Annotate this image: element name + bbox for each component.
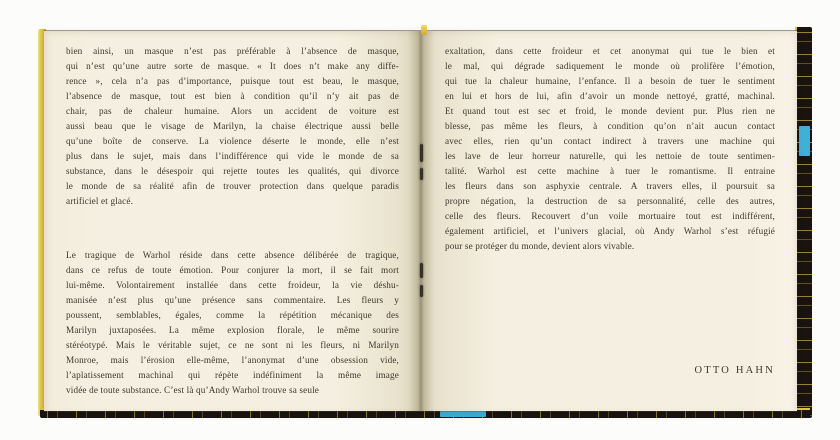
text-line: pour se protéger du monde, devient alors… [445,239,775,254]
text-line: le mal, qui dégrade sadiquement le monde… [445,59,775,74]
text-line: exaltation, dans cette froideur et cet a… [445,44,775,59]
text-line: chair, pas de chaleur humaine. Alors un … [66,104,399,119]
text-line: les fleurs dans son asphyxie centrale. A… [445,179,775,194]
headband [421,25,427,35]
text-line: blesse, pas même les fleurs, à condition… [445,119,775,134]
text-line: propre négation, la destruction de sa pe… [445,194,775,209]
paragraph: bien ainsi, un masque n’est pas préférab… [66,44,399,209]
text-line: artificiel et glacé. [66,194,399,209]
text-line: qui tue la chaleur humaine, l’enfance. I… [445,74,775,89]
text-line: qu’une boîte de conserve. La violence dé… [66,134,399,149]
text-line: Et quand tout est sec et froid, le monde… [445,104,775,119]
text-line: en lui et hors de lui, afin d’avoir un m… [445,89,775,104]
paragraph: Le tragique de Warhol réside dans cette … [66,248,399,398]
paragraph: exaltation, dans cette froideur et cet a… [445,44,775,254]
text-line: qui n’est qu’une autre sorte de masque. … [66,59,399,74]
text-line: l’aplatissement machinal qui répète indé… [66,368,399,383]
photo-background: bien ainsi, un masque n’est pas préférab… [0,0,840,440]
cover-spot-cyan [799,126,810,156]
text-line: l’absence de masque, tout est bien à con… [66,89,399,104]
text-line: également artificiel, et l’univers glaci… [445,224,775,239]
right-page-text: exaltation, dans cette froideur et cet a… [445,44,775,254]
text-line: Le tragique de Warhol réside dans cette … [66,248,399,263]
text-line: les lave de leur horreur naturelle, qui … [445,149,775,164]
text-line: Monroe, mais l’érosion elle-même, l’anon… [66,353,399,368]
text-line: plus dans le sujet, mais dans l’indiffér… [66,149,399,164]
cover-spot-cyan [440,411,486,417]
text-line: poussent, semblables, égales, comme la r… [66,308,399,323]
text-line: manisée n’est plus qu’une présence sans … [66,293,399,308]
text-line: substance, dans le désespoir qui rejette… [66,164,399,179]
text-line: celle des fleurs. Recouvert d’un voile m… [445,209,775,224]
text-line: le monde de sa réalité afin de trouver p… [66,179,399,194]
left-page-text: bien ainsi, un masque n’est pas préférab… [66,44,399,398]
text-line: avec elles, rien qu’un contact indirect … [445,134,775,149]
text-line: talité. Warhol est cette machine à tuer … [445,164,775,179]
text-line: bien ainsi, un masque n’est pas préférab… [66,44,399,59]
text-line: Marilyn juxtaposées. La même explosion f… [66,323,399,338]
text-line: vidée de toute substance. C’est là qu’An… [66,383,399,398]
text-line: lui-même. Volontairement installée dans … [66,278,399,293]
text-line: stéréotypé. Mais le véritable sujet, ce … [66,338,399,353]
text-line: dans ce refus de toute émotion. Pour con… [66,263,399,278]
text-line: aussi beau que le visage de Marilyn, la … [66,119,399,134]
cover-edge-right [795,27,812,418]
book: bien ainsi, un masque n’est pas préférab… [38,26,812,418]
author-signature: OTTO HAHN [445,365,775,376]
text-line: rence », cela n’a pas d’importance, puis… [66,74,399,89]
